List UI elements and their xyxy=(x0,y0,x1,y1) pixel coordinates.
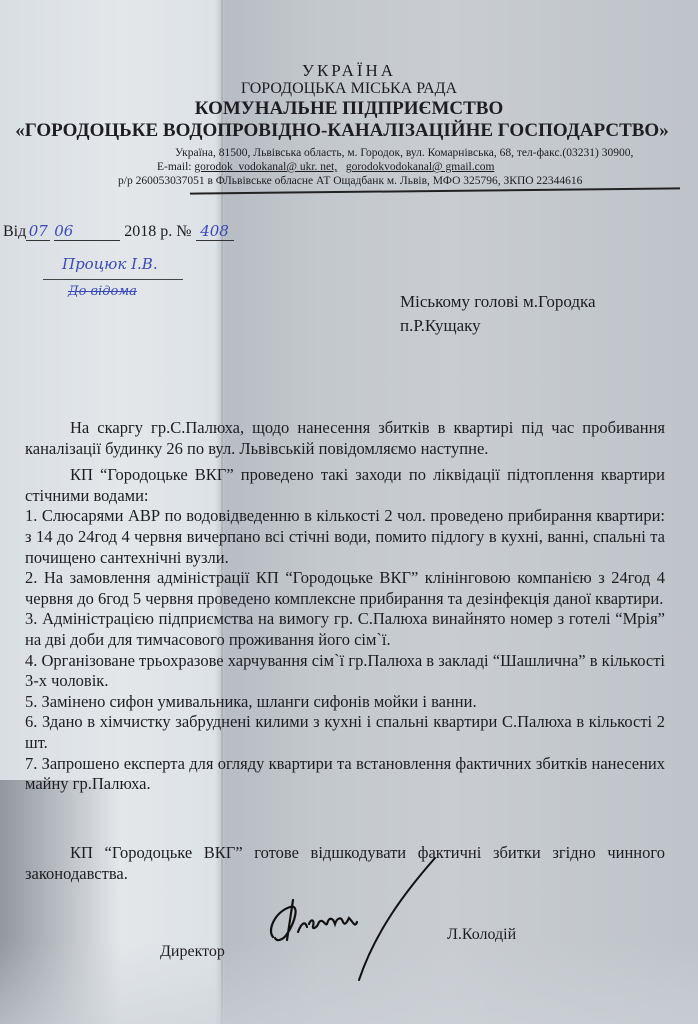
from-label: Від xyxy=(3,223,26,240)
org-type: КОМУНАЛЬНЕ ПІДПРИЄМСТВО xyxy=(0,98,698,120)
list-item: 6. Здано в хімчистку забруднені килими з… xyxy=(25,712,665,753)
header-divider xyxy=(190,187,680,194)
list-item: 1. Слюсарями АВР по водовідведенню в кіл… xyxy=(25,506,665,568)
bank-details: р/р 260053037051 в ФЛьвівське обласне АТ… xyxy=(118,174,582,188)
handwritten-resolution: Процюк І.В. До відома xyxy=(40,255,183,299)
org-address: Україна, 81500, Львівська область, м. Го… xyxy=(175,146,633,160)
measures-intro: КП “Городоцьке ВКГ” проведено такі заход… xyxy=(25,465,665,506)
signatory-name: Л.Колодій xyxy=(447,926,516,944)
ref-month: 06 xyxy=(54,222,120,241)
intro-paragraph: На скаргу гр.С.Палюха, щодо нанесення зб… xyxy=(25,418,665,459)
resolution-note: До відома xyxy=(68,284,183,299)
email-link-2[interactable]: gorodokvodokanal@ gmail.com xyxy=(346,161,495,173)
list-item: 7. Запрошено експерта для огляду квартир… xyxy=(25,754,665,795)
list-item: 4. Організоване трьохразове харчування с… xyxy=(25,651,665,692)
list-item: 2. На замовлення адміністрації КП “Город… xyxy=(25,568,665,609)
addressee-line-1: Міському голові м.Городка xyxy=(400,290,596,314)
resolution-assignee: Процюк І.В. xyxy=(62,255,183,273)
letter-body: На скаргу гр.С.Палюха, щодо нанесення зб… xyxy=(25,418,665,795)
org-name: «ГОРОДОЦЬКЕ ВОДОПРОВІДНО-КАНАЛІЗАЦІЙНЕ Г… xyxy=(0,120,698,142)
email-label: E-mail: xyxy=(157,161,192,173)
list-item: 5. Замінено сифон умивальника, шланги си… xyxy=(25,692,665,713)
email-link-1[interactable]: gorodok_vodokanal@ ukr. net, xyxy=(194,161,337,173)
signature-icon xyxy=(265,852,445,982)
signatory-title: Директор xyxy=(160,943,225,961)
ref-number: 408 xyxy=(196,222,234,241)
ref-year-label: 2018 р. № xyxy=(124,223,191,240)
addressee: Міському голові м.Городка п.Р.Кущаку xyxy=(400,290,596,338)
letterhead: УКРАЇНА ГОРОДОЦЬКА МІСЬКА РАДА КОМУНАЛЬН… xyxy=(0,62,698,142)
reference-line: Від07 06 2018 р. № 408 xyxy=(3,222,234,241)
ref-day: 07 xyxy=(26,222,50,241)
council-title: ГОРОДОЦЬКА МІСЬКА РАДА xyxy=(0,80,698,98)
org-emails: E-mail: gorodok_vodokanal@ ukr. net, gor… xyxy=(157,160,494,174)
list-item: 3. Адміністрацією підприємства на вимогу… xyxy=(25,609,665,650)
resolution-underline xyxy=(43,279,183,280)
country-title: УКРАЇНА xyxy=(0,62,698,80)
addressee-line-2: п.Р.Кущаку xyxy=(400,314,596,338)
